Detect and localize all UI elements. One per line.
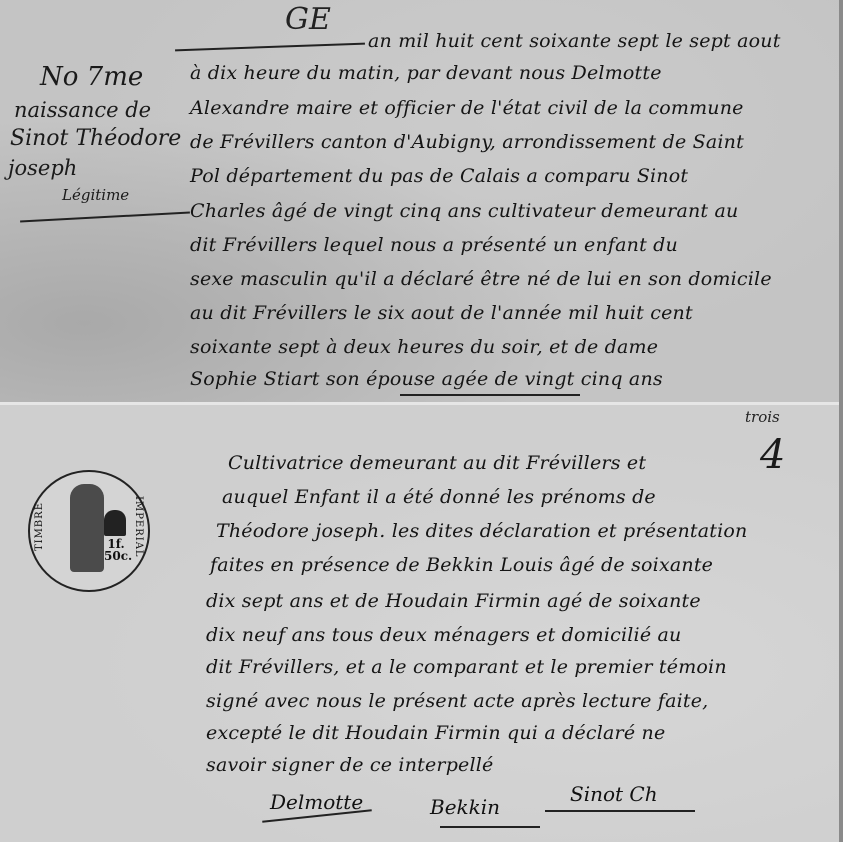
text-line: an mil huit cent soixante sept le sept a…: [368, 30, 781, 52]
text-line: dix neuf ans tous deux ménagers et domic…: [206, 624, 681, 646]
text-line: auquel Enfant il a été donné les prénoms…: [222, 486, 656, 508]
stamp-label-right: IMPERIAL: [133, 496, 144, 558]
annotation-mark: 4: [760, 432, 785, 478]
stamp-label-left: TIMBRE: [34, 502, 45, 551]
text-line: Pol département du pas de Calais a compa…: [190, 165, 688, 187]
signature-sinot: Sinot Ch: [570, 782, 658, 806]
text-line: au dit Frévillers le six aout de l'année…: [190, 302, 693, 324]
text-line: à dix heure du matin, par devant nous De…: [190, 62, 662, 84]
text-line: dit Frévillers, et a le comparant et le …: [206, 656, 727, 678]
page-seam: [0, 402, 843, 405]
text-line: Charles âgé de vingt cinq ans cultivateu…: [190, 200, 738, 222]
end-flourish: [400, 394, 580, 396]
text-line: sexe masculin qu'il a déclaré être né de…: [190, 268, 772, 290]
imperial-tax-stamp: 1f. 50c. TIMBRE IMPERIAL: [28, 470, 150, 592]
signature-underline: [545, 810, 695, 812]
margin-legitimate: Légitime: [62, 186, 129, 204]
text-line: Cultivatrice demeurant au dit Frévillers…: [228, 452, 646, 474]
justice-figure-icon: [70, 484, 104, 572]
text-line: soixante sept à deux heures du soir, et …: [190, 336, 658, 358]
record-number: No 7me: [40, 62, 143, 92]
margin-line: joseph: [8, 156, 77, 180]
text-line: Alexandre maire et officier de l'état ci…: [190, 97, 744, 119]
text-line: savoir signer de ce interpellé: [206, 754, 494, 776]
text-line: Théodore joseph. les dites déclaration e…: [216, 520, 747, 542]
annotation-trois: trois: [745, 408, 780, 426]
text-line: signé avec nous le présent acte après le…: [206, 690, 708, 712]
signature-underline: [440, 826, 540, 828]
stamp-value: 1f. 50c.: [104, 538, 128, 562]
top-flourish: GE: [285, 2, 331, 37]
text-line: excepté le dit Houdain Firmin qui a décl…: [206, 722, 665, 744]
page-edge: [839, 0, 843, 842]
signature-bekkin: Bekkin: [430, 795, 500, 819]
margin-line: Sinot Théodore: [10, 126, 181, 151]
signature-delmotte: Delmotte: [270, 790, 363, 814]
text-line: de Frévillers canton d'Aubigny, arrondis…: [190, 131, 744, 153]
text-line: faites en présence de Bekkin Louis âgé d…: [210, 554, 713, 576]
text-line: dix sept ans et de Houdain Firmin agé de…: [206, 590, 701, 612]
text-line: dit Frévillers lequel nous a présenté un…: [190, 234, 678, 256]
eagle-icon: [104, 510, 126, 536]
text-line: Sophie Stiart son épouse agée de vingt c…: [190, 368, 663, 390]
margin-line: naissance de: [14, 98, 151, 122]
